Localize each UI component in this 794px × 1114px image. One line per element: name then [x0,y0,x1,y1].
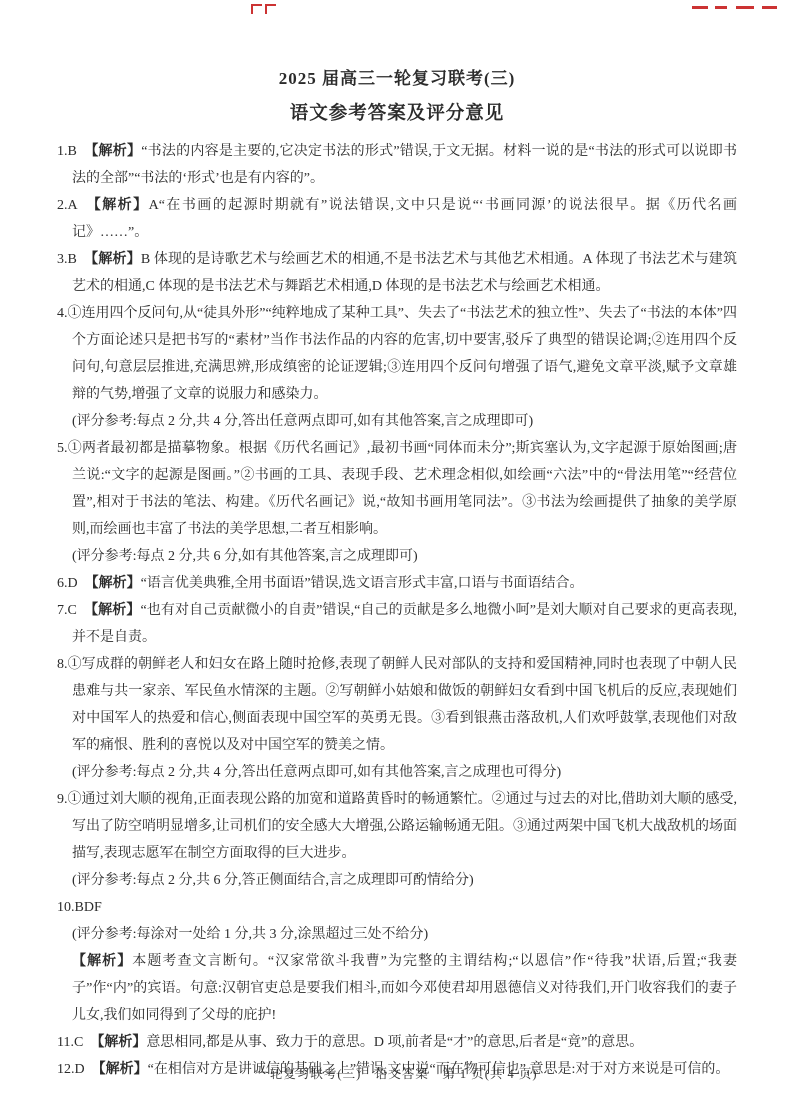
answer-paragraph: 4.①连用四个反问句,从“徒具外形”“纯粹地成了某种工具”、失去了“书法艺术的独… [57,300,737,408]
answer-list: 1.B 【解析】“书法的内容是主要的,它决定书法的形式”错误,于文无据。材料一说… [57,138,737,1083]
answer-text: “语言优美典雅,全用书面语”错误,选文语言形式丰富,口语与书面语结合。 [141,576,584,591]
answer-text: (评分参考:每点 2 分,共 6 分,如有其他答案,言之成理即可) [72,549,418,564]
answer-text: 4.①连用四个反问句,从“徒具外形”“纯粹地成了某种工具”、失去了“书法艺术的独… [57,306,737,402]
answer-text: 9.①通过刘大顺的视角,正面表现公路的加宽和道路黄昏时的畅通繁忙。②通过与过去的… [57,792,737,861]
answer-paragraph: 【解析】本题考查文言断句。“汉家常欲斗我曹”为完整的主谓结构;“以恩信”作“待我… [57,948,737,1029]
answer-text: “也有对自己贡献微小的自责”错误,“自己的贡献是多么地微小呵”是刘大顺对自己要求… [72,603,737,645]
answer-paragraph: 9.①通过刘大顺的视角,正面表现公路的加宽和道路黄昏时的畅通繁忙。②通过与过去的… [57,786,737,867]
answer-text: (评分参考:每涂对一处给 1 分,共 3 分,涂黑超过三处不给分) [72,927,428,942]
answer-text: 意思相同,都是从事、致力于的意思。D 项,前者是“才”的意思,后者是“竟”的意思… [146,1035,643,1050]
answer-paragraph: 2.A 【解析】A“在书画的起源时期就有”说法错误,文中只是说“‘书画同源’的说… [57,192,737,246]
answer-text: 5.①两者最初都是描摹物象。根据《历代名画记》,最初书画“同体而未分”;斯宾塞认… [57,441,737,537]
answer-text: 2.A [57,198,94,213]
answer-text: B 体现的是诗歌艺术与绘画艺术的相通,不是书法艺术与其他艺术相通。A 体现了书法… [72,252,737,294]
analysis-label: 【解析】 [94,198,149,213]
answer-paragraph: (评分参考:每涂对一处给 1 分,共 3 分,涂黑超过三处不给分) [57,921,737,948]
answer-paragraph: 8.①写成群的朝鲜老人和妇女在路上随时抢修,表现了朝鲜人民对部队的支持和爱国精神… [57,651,737,759]
answer-text: 7.C [57,603,91,618]
page-footer: 一轮复习联考(三) 语文答案 第 1 页(共 4 页) [0,1064,794,1082]
answer-paragraph: (评分参考:每点 2 分,共 4 分,答出任意两点即可,如有其他答案,言之成理也… [57,759,737,786]
red-dash-mark-icon [736,6,754,9]
answer-text: “书法的内容是主要的,它决定书法的形式”错误,于文无据。材料一说的是“书法的形式… [72,144,737,186]
red-registration-mark-icon [265,4,276,14]
answer-paragraph: (评分参考:每点 2 分,共 6 分,答正侧面结合,言之成理即可酌情给分) [57,867,737,894]
answer-text: 6.D [57,576,92,591]
red-dash-mark-icon [762,6,777,9]
answer-sheet-subtitle: 语文参考答案及评分意见 [0,99,794,125]
analysis-label: 【解析】 [91,252,141,267]
answer-paragraph: 11.C 【解析】意思相同,都是从事、致力于的意思。D 项,前者是“才”的意思,… [57,1029,737,1056]
answer-paragraph: 6.D 【解析】“语言优美典雅,全用书面语”错误,选文语言形式丰富,口语与书面语… [57,570,737,597]
answer-text: A“在书画的起源时期就有”说法错误,文中只是说“‘书画同源’的说法很早。据《历代… [72,198,737,240]
answer-text: (评分参考:每点 2 分,共 4 分,答出任意两点即可,如有其他答案,言之成理也… [72,765,561,780]
answer-paragraph: 10.BDF [57,894,737,921]
answer-text: 8.①写成群的朝鲜老人和妇女在路上随时抢修,表现了朝鲜人民对部队的支持和爱国精神… [57,657,737,753]
answer-text: 本题考查文言断句。“汉家常欲斗我曹”为完整的主谓结构;“以恩信”作“待我”状语,… [72,954,737,1023]
red-dash-mark-icon [715,6,727,9]
answer-paragraph: 5.①两者最初都是描摹物象。根据《历代名画记》,最初书画“同体而未分”;斯宾塞认… [57,435,737,543]
answer-text: (评分参考:每点 2 分,共 6 分,答正侧面结合,言之成理即可酌情给分) [72,873,474,888]
answer-paragraph: 7.C 【解析】“也有对自己贡献微小的自责”错误,“自己的贡献是多么地微小呵”是… [57,597,737,651]
analysis-label: 【解析】 [72,954,132,969]
answer-paragraph: (评分参考:每点 2 分,共 6 分,如有其他答案,言之成理即可) [57,543,737,570]
analysis-label: 【解析】 [91,144,141,159]
analysis-label: 【解析】 [97,1035,146,1050]
answer-paragraph: (评分参考:每点 2 分,共 4 分,答出任意两点即可,如有其他答案,言之成理即… [57,408,737,435]
answer-text: 10.BDF [57,900,102,915]
answer-text: 1.B [57,144,91,159]
red-registration-mark-icon [251,4,262,14]
exam-answer-sheet-page: 2025 届高三一轮复习联考(三) 语文参考答案及评分意见 1.B 【解析】“书… [0,0,794,1114]
answer-paragraph: 3.B 【解析】B 体现的是诗歌艺术与绘画艺术的相通,不是书法艺术与其他艺术相通… [57,246,737,300]
red-dash-mark-icon [692,6,708,9]
answer-paragraph: 1.B 【解析】“书法的内容是主要的,它决定书法的形式”错误,于文无据。材料一说… [57,138,737,192]
analysis-label: 【解析】 [92,576,141,591]
exam-title: 2025 届高三一轮复习联考(三) [0,64,794,89]
answer-text: 3.B [57,252,91,267]
answer-text: (评分参考:每点 2 分,共 4 分,答出任意两点即可,如有其他答案,言之成理即… [72,414,533,429]
analysis-label: 【解析】 [91,603,140,618]
answer-text: 11.C [57,1035,97,1050]
